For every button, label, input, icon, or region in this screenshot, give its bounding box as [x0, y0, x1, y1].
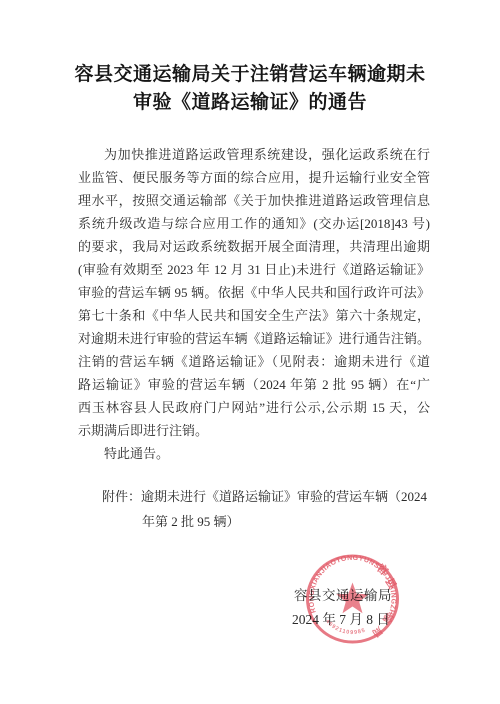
attachment-note: 附件：逾期未进行《道路运输证》审验的营运车辆（2024 年第 2 批 95 辆） [102, 484, 442, 534]
body-line: 理水平，按照交通运输部《关于加快推进道路运政管理信息 [78, 189, 430, 212]
scanned-notice-page: 容县交通运输局关于注销营运车辆逾期未 审验《道路运输证》的通告 为加快推进道路运… [0, 0, 500, 704]
body-line: 业监管、便民服务等方面的综合应用，提升运输行业安全管 [78, 166, 430, 189]
body-line: 为加快推进道路运政管理系统建设，强化运政系统在行 [78, 143, 430, 166]
body-line: 审验的营运车辆 95 辆。依据《中华人民共和国行政许可法》 [78, 281, 430, 304]
seal-serial-code: 45921109985 [324, 619, 367, 636]
body-line: (审验有效期至 2023 年 12 月 31 日止)未进行《道路运输证》 [78, 258, 430, 281]
attachment-line1: 附件：逾期未进行《道路运输证》审验的营运车辆（2024 [102, 484, 442, 509]
body-line: 对逾期未进行审验的营运车辆《道路运输证》进行通告注销。 [78, 327, 430, 350]
body-line: 系统升级改造与综合应用工作的通知》(交办运[2018]43 号) [78, 212, 430, 235]
svg-text:45921109985: 45921109985 [324, 619, 367, 636]
body-line: 示期满后即进行注销。 [78, 419, 430, 442]
attachment-line2: 年第 2 批 95 辆） [102, 509, 442, 534]
seal-star-icon [336, 583, 368, 614]
document-title: 容县交通运输局关于注销营运车辆逾期未 审验《道路运输证》的通告 [0, 61, 500, 117]
body-line: 的要求，我局对运政系统数据开展全面清理，共清理出逾期 [78, 235, 430, 258]
closing-line: 特此通告。 [78, 442, 430, 465]
body-line: 西玉林容县人民政府门户网站”进行公示,公示期 15 天，公 [78, 396, 430, 419]
document-title-line2: 审验《道路运输证》的通告 [0, 89, 500, 117]
body-line: 第七十条和《中华人民共和国安全生产法》第六十条规定， [78, 304, 430, 327]
document-title-line1: 容县交通运输局关于注销营运车辆逾期未 [0, 61, 500, 89]
official-seal-stamp: RONGXIANJIAOTONGYUNSHUJUXINGZH011 容 县 输 … [304, 553, 401, 647]
body-line: 路运输证》审验的营运车辆（2024 年第 2 批 95 辆）在“广 [78, 373, 430, 396]
body-line: 注销的营运车辆《道路运输证》（见附表：逾期未进行《道 [78, 350, 430, 373]
document-body: 为加快推进道路运政管理系统建设，强化运政系统在行 业监管、便民服务等方面的综合应… [78, 143, 430, 465]
